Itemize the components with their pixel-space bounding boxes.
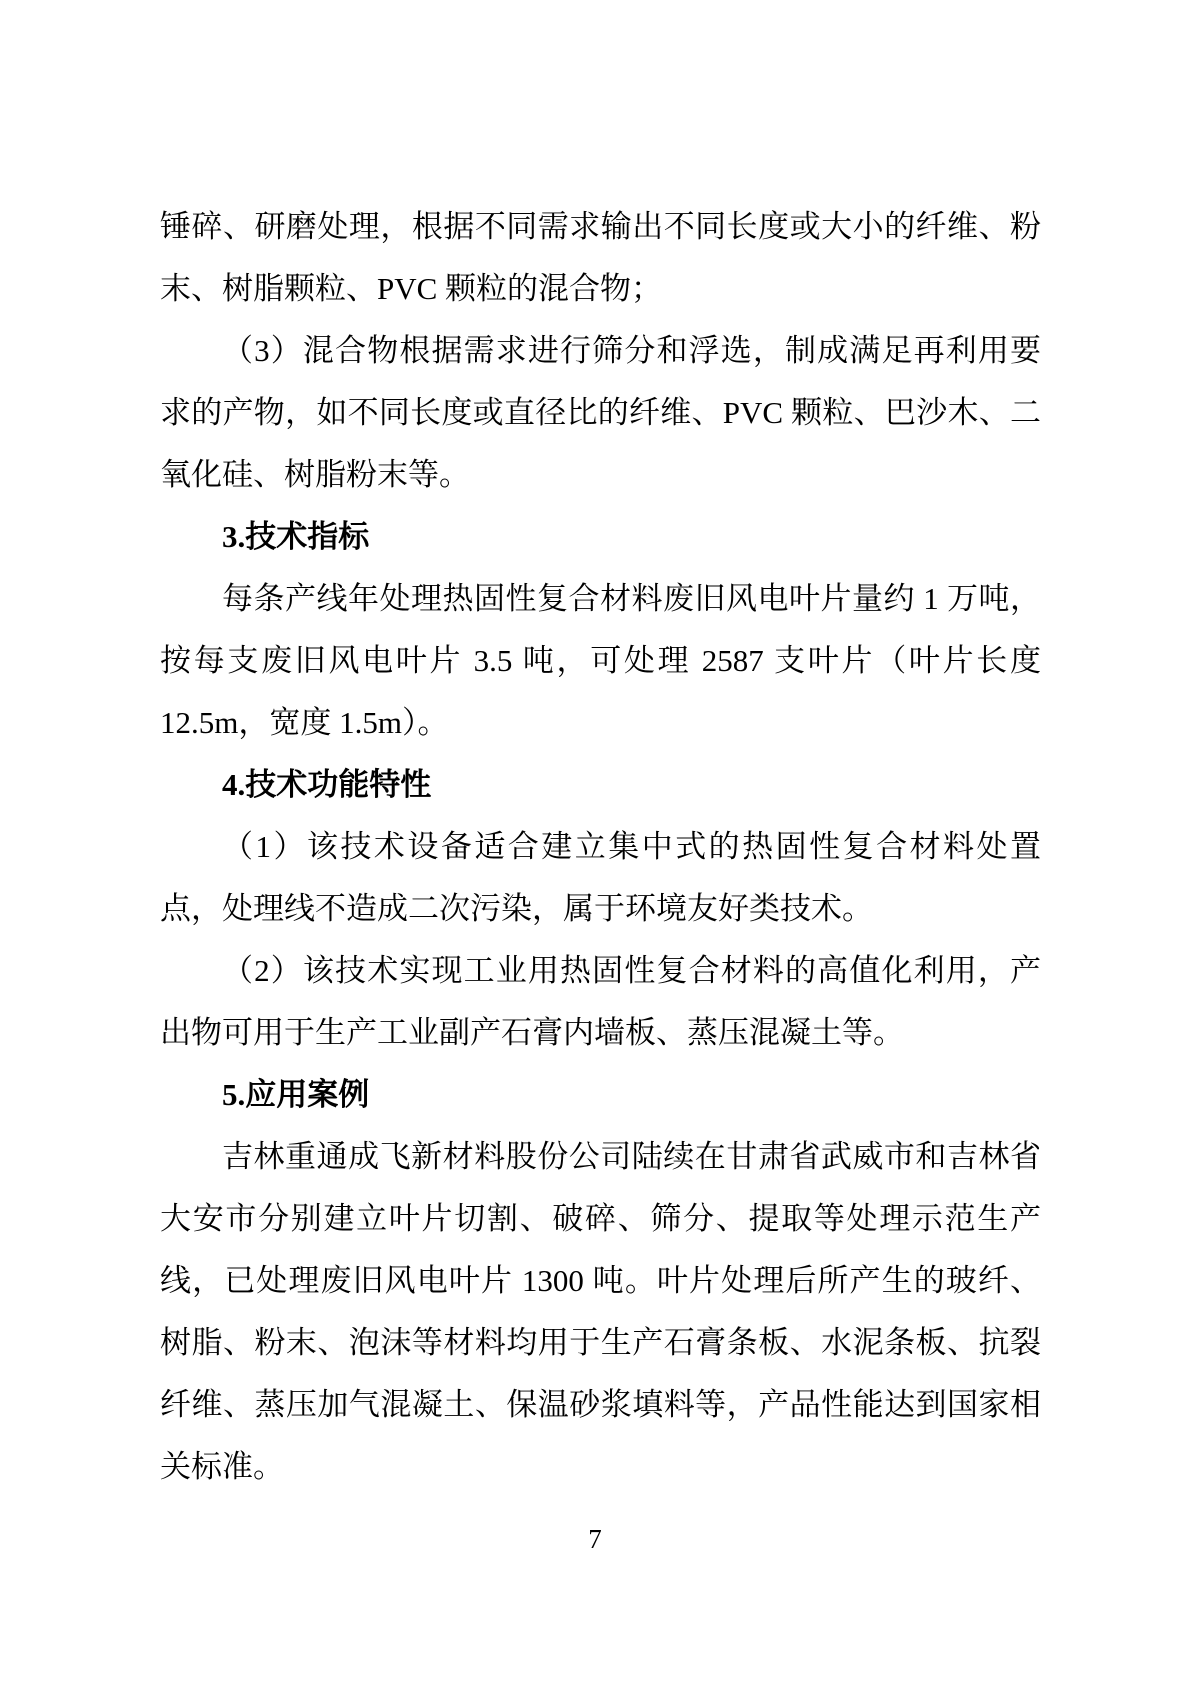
paragraph-characteristic-1: （1）该技术设备适合建立集中式的热固性复合材料处置点，处理线不造成二次污染，属于… <box>160 816 1041 940</box>
section-heading-application-cases: 5.应用案例 <box>160 1064 1041 1126</box>
page-number: 7 <box>0 1522 1190 1556</box>
paragraph-characteristic-2: （2）该技术实现工业用热固性复合材料的高值化利用，产出物可用于生产工业副产石膏内… <box>160 940 1041 1064</box>
paragraph-technical-indicators: 每条产线年处理热固性复合材料废旧风电叶片量约 1 万吨，按每支废旧风电叶片 3.… <box>160 568 1041 754</box>
document-body: 锤碎、研磨处理，根据不同需求输出不同长度或大小的纤维、粉末、树脂颗粒、PVC 颗… <box>160 196 1041 1498</box>
document-page: 锤碎、研磨处理，根据不同需求输出不同长度或大小的纤维、粉末、树脂颗粒、PVC 颗… <box>0 0 1190 1683</box>
paragraph-application-case: 吉林重通成飞新材料股份公司陆续在甘肃省武威市和吉林省大安市分别建立叶片切割、破碎… <box>160 1126 1041 1498</box>
section-heading-functional-characteristics: 4.技术功能特性 <box>160 754 1041 816</box>
paragraph-continuation: 锤碎、研磨处理，根据不同需求输出不同长度或大小的纤维、粉末、树脂颗粒、PVC 颗… <box>160 196 1041 320</box>
section-heading-technical-indicators: 3.技术指标 <box>160 506 1041 568</box>
paragraph-item-3: （3）混合物根据需求进行筛分和浮选，制成满足再利用要求的产物，如不同长度或直径比… <box>160 320 1041 506</box>
